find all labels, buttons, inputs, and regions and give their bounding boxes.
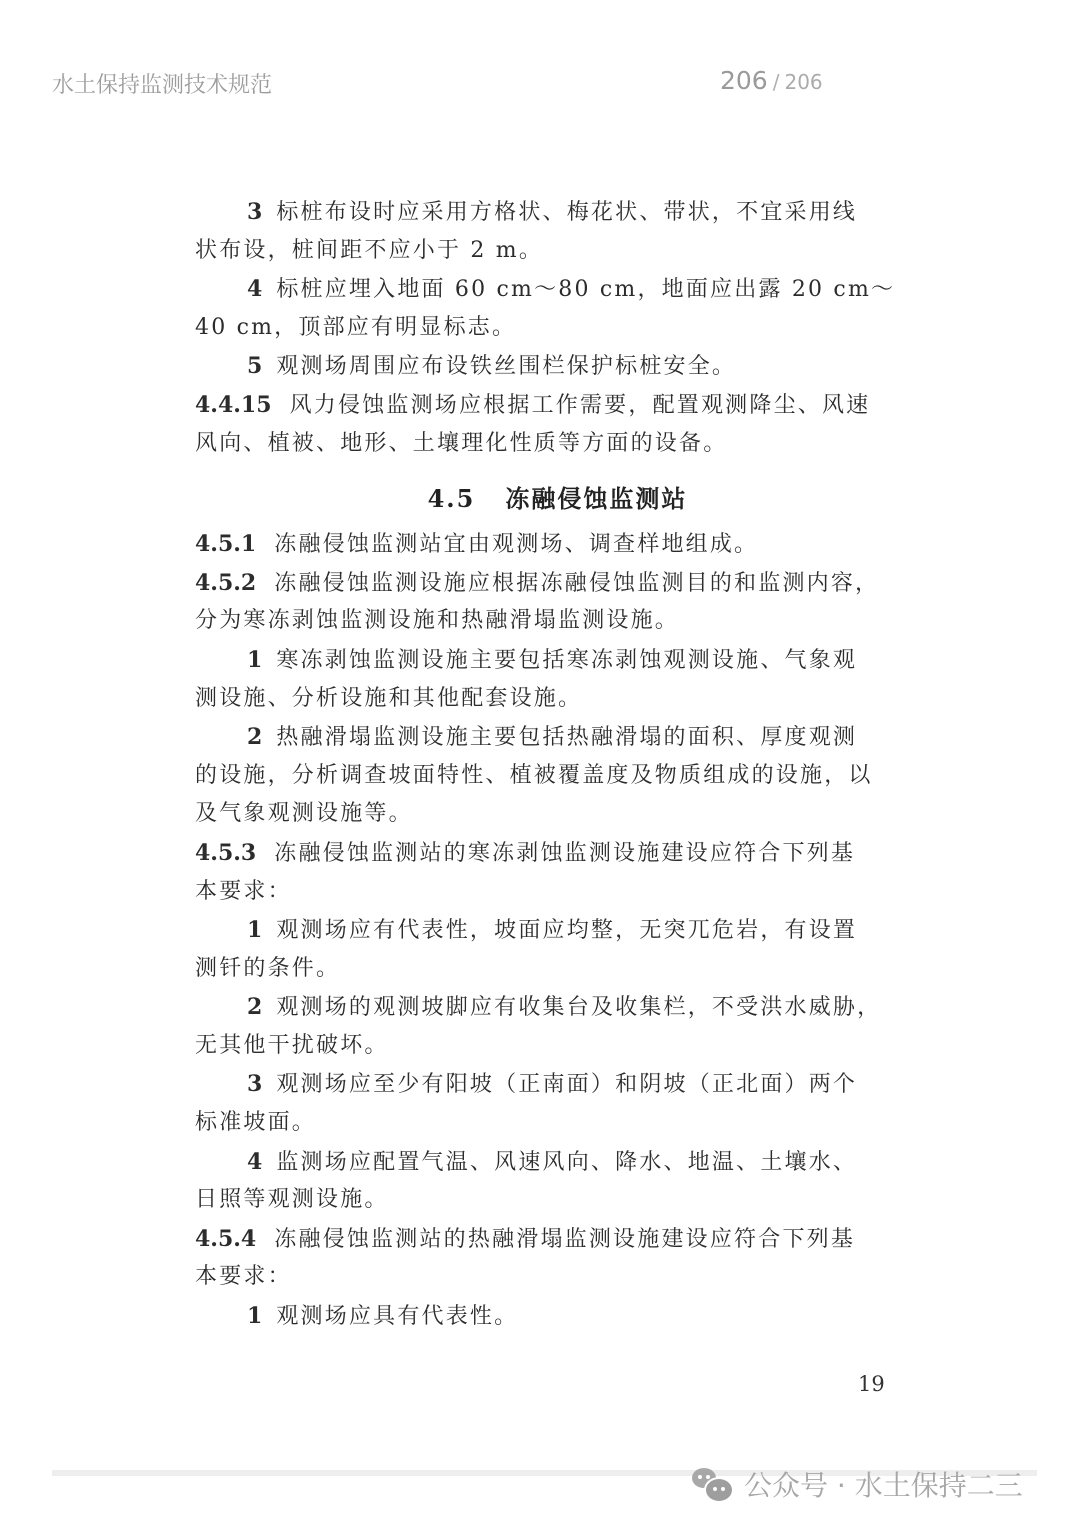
list-item-line: 1观测场应有代表性，坡面应均整，无突兀危岩，有设置 [195, 911, 920, 950]
clause-number: 4.5.4 [195, 1226, 256, 1252]
text-block-4-4: 3标桩布设时应采用方格状、梅花状、带状，不宜采用线状布设，桩间距不应小于 2 m… [195, 193, 920, 463]
line-text: 无其他干扰破坏。 [195, 1033, 389, 1058]
line-text: 本要求： [195, 879, 292, 904]
line-text: 标准坡面。 [195, 1110, 316, 1135]
list-item-line: 3观测场应至少有阳坡（正南面）和阴坡（正北面）两个 [195, 1065, 920, 1104]
line-text: 本要求： [195, 1264, 292, 1289]
continuation-line: 标准坡面。 [195, 1104, 920, 1143]
total-pages: 206 [784, 70, 822, 94]
clause-number: 4.5.1 [195, 531, 256, 557]
current-page: 206 [720, 66, 768, 95]
document-title: 水土保持监测技术规范 [52, 68, 272, 99]
line-text: 日照等观测设施。 [195, 1187, 389, 1212]
continuation-line: 及气象观测设施等。 [195, 795, 920, 834]
viewer-header: 水土保持监测技术规范 206/206 [0, 60, 1080, 110]
section-heading: 4.5冻融侵蚀监测站 [195, 463, 920, 525]
document-page: 3标桩布设时应采用方格状、梅花状、带状，不宜采用线状布设，桩间距不应小于 2 m… [195, 193, 920, 1336]
item-number: 1 [247, 917, 262, 943]
clause-number: 4.4.15 [195, 392, 272, 418]
line-text: 冻融侵蚀监测站宜由观测场、调查样地组成。 [274, 532, 758, 557]
item-number: 2 [247, 994, 262, 1020]
line-text: 冻融侵蚀监测站的热融滑塌监测设施建设应符合下列基 [274, 1227, 855, 1252]
line-text: 热融滑塌监测设施主要包括热融滑塌的面积、厚度观测 [276, 725, 857, 750]
clause-line: 4.5.4冻融侵蚀监测站的热融滑塌监测设施建设应符合下列基 [195, 1220, 920, 1259]
item-number: 2 [247, 724, 262, 750]
text-block-4-5: 4.5.1冻融侵蚀监测站宜由观测场、调查样地组成。4.5.2冻融侵蚀监测设施应根… [195, 525, 920, 1335]
line-text: 测钎的条件。 [195, 956, 340, 981]
watermark: 公众号 · 水土保持二三 [692, 1462, 1023, 1506]
line-text: 观测场应有代表性，坡面应均整，无突兀危岩，有设置 [276, 918, 857, 943]
item-number: 4 [247, 276, 262, 302]
clause-line: 4.5.2冻融侵蚀监测设施应根据冻融侵蚀监测目的和监测内容， [195, 564, 920, 603]
continuation-line: 测设施、分析设施和其他配套设施。 [195, 680, 920, 719]
list-item-line: 3标桩布设时应采用方格状、梅花状、带状，不宜采用线 [195, 193, 920, 232]
watermark-text: 公众号 · 水土保持二三 [744, 1464, 1023, 1504]
item-number: 5 [247, 353, 262, 379]
line-text: 分为寒冻剥蚀监测设施和热融滑塌监测设施。 [195, 608, 679, 633]
continuation-line: 日照等观测设施。 [195, 1181, 920, 1220]
continuation-line: 无其他干扰破坏。 [195, 1027, 920, 1066]
clause-number: 4.5.2 [195, 570, 256, 596]
line-text: 标桩应埋入地面 60 cm～80 cm，地面应出露 20 cm～ [276, 277, 895, 302]
section-title: 冻融侵蚀监测站 [505, 484, 687, 513]
list-item-line: 4监测场应配置气温、风速风向、降水、地温、土壤水、 [195, 1143, 920, 1182]
list-item-line: 1寒冻剥蚀监测设施主要包括寒冻剥蚀观测设施、气象观 [195, 641, 920, 680]
page-counter: 206/206 [720, 66, 823, 95]
section-number: 4.5 [428, 484, 476, 513]
continuation-line: 的设施，分析调查坡面特性、植被覆盖度及物质组成的设施，以 [195, 757, 920, 796]
line-text: 40 cm，顶部应有明显标志。 [195, 315, 516, 340]
continuation-line: 本要求： [195, 1258, 920, 1297]
line-text: 冻融侵蚀监测设施应根据冻融侵蚀监测目的和监测内容， [274, 571, 879, 596]
list-item-line: 2热融滑塌监测设施主要包括热融滑塌的面积、厚度观测 [195, 718, 920, 757]
line-text: 状布设，桩间距不应小于 2 m。 [195, 238, 543, 263]
item-number: 3 [247, 1071, 262, 1097]
item-number: 4 [247, 1149, 262, 1175]
continuation-line: 风向、植被、地形、土壤理化性质等方面的设备。 [195, 425, 920, 464]
clause-line: 4.5.3冻融侵蚀监测站的寒冻剥蚀监测设施建设应符合下列基 [195, 834, 920, 873]
list-item-line: 5观测场周围应布设铁丝围栏保护标桩安全。 [195, 347, 920, 386]
continuation-line: 状布设，桩间距不应小于 2 m。 [195, 232, 920, 271]
wechat-icon [692, 1466, 734, 1502]
line-text: 的设施，分析调查坡面特性、植被覆盖度及物质组成的设施，以 [195, 763, 873, 788]
line-text: 观测场应具有代表性。 [276, 1304, 518, 1329]
list-item-line: 1观测场应具有代表性。 [195, 1297, 920, 1336]
list-item-line: 4标桩应埋入地面 60 cm～80 cm，地面应出露 20 cm～ [195, 270, 920, 309]
page-number: 19 [858, 1372, 885, 1396]
line-text: 观测场的观测坡脚应有收集台及收集栏，不受洪水威胁， [276, 995, 881, 1020]
item-number: 1 [247, 647, 262, 673]
continuation-line: 分为寒冻剥蚀监测设施和热融滑塌监测设施。 [195, 602, 920, 641]
continuation-line: 本要求： [195, 873, 920, 912]
line-text: 及气象观测设施等。 [195, 801, 413, 826]
continuation-line: 40 cm，顶部应有明显标志。 [195, 309, 920, 348]
list-item-line: 2观测场的观测坡脚应有收集台及收集栏，不受洪水威胁， [195, 988, 920, 1027]
clause-number: 4.5.3 [195, 840, 256, 866]
line-text: 监测场应配置气温、风速风向、降水、地温、土壤水、 [276, 1150, 857, 1175]
clause-line: 4.5.1冻融侵蚀监测站宜由观测场、调查样地组成。 [195, 525, 920, 564]
clause-line: 4.4.15风力侵蚀监测场应根据工作需要，配置观测降尘、风速 [195, 386, 920, 425]
line-text: 测设施、分析设施和其他配套设施。 [195, 686, 582, 711]
line-text: 标桩布设时应采用方格状、梅花状、带状，不宜采用线 [276, 200, 857, 225]
line-text: 观测场周围应布设铁丝围栏保护标桩安全。 [276, 354, 736, 379]
line-text: 观测场应至少有阳坡（正南面）和阴坡（正北面）两个 [276, 1072, 857, 1097]
page-separator: / [773, 70, 780, 94]
line-text: 寒冻剥蚀监测设施主要包括寒冻剥蚀观测设施、气象观 [276, 648, 857, 673]
continuation-line: 测钎的条件。 [195, 950, 920, 989]
line-text: 冻融侵蚀监测站的寒冻剥蚀监测设施建设应符合下列基 [274, 841, 855, 866]
item-number: 3 [247, 199, 262, 225]
line-text: 风力侵蚀监测场应根据工作需要，配置观测降尘、风速 [290, 393, 871, 418]
line-text: 风向、植被、地形、土壤理化性质等方面的设备。 [195, 431, 727, 456]
item-number: 1 [247, 1303, 262, 1329]
